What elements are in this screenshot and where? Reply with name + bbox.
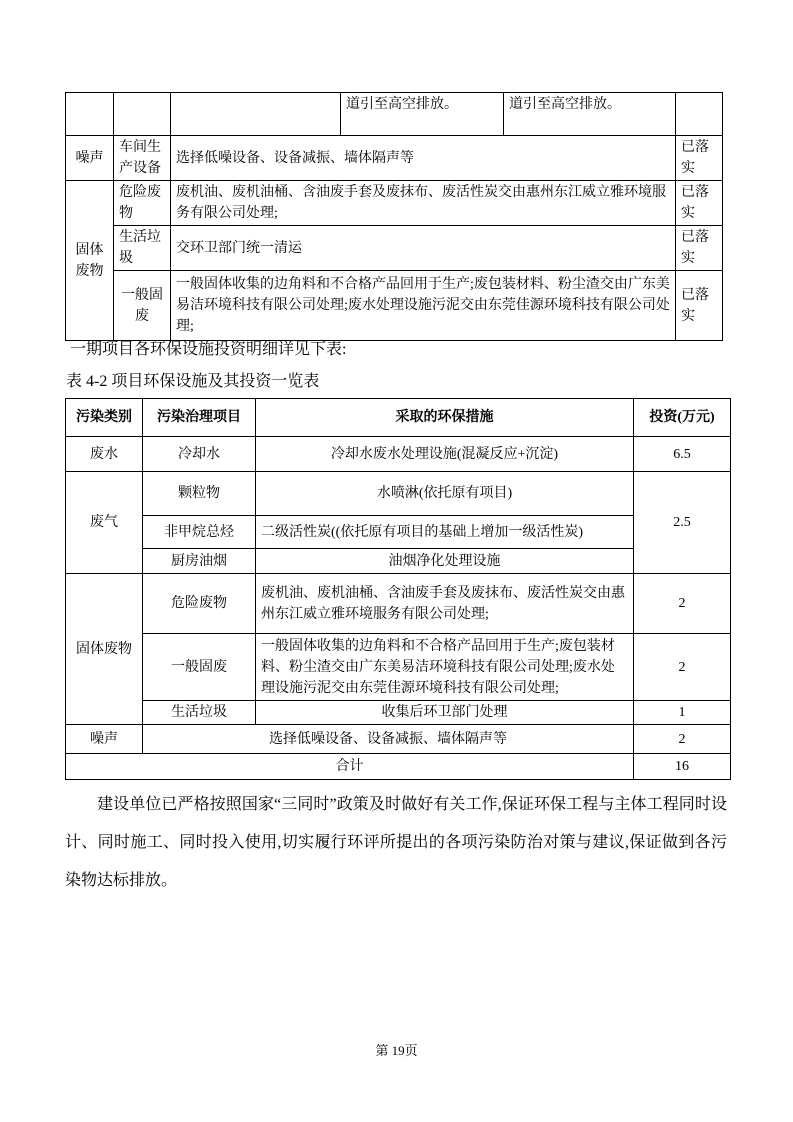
table-row: 固体废物 危险废物 废机油、废机油桶、含油废手套及废抹布、废活性炭交由惠州东江威… xyxy=(66,574,731,634)
table-row: 非甲烷总烃 二级活性炭((依托原有项目的基础上增加一级活性炭) xyxy=(66,516,731,549)
table-row: 一般固废 一般固体收集的边角料和不合格产品回用于生产;废包装材料、粉尘渣交由广东… xyxy=(66,634,731,701)
noise-item-cell: 车间生产设备 xyxy=(114,136,171,181)
blank-cell xyxy=(171,93,341,136)
hazardous-waste-measure-cell: 废机油、废机油桶、含油废手套及废抹布、废活性炭交由惠州东江威立雅环境服务有限公司… xyxy=(256,574,634,634)
total-label-cell: 合计 xyxy=(66,754,634,780)
total-investment-cell: 16 xyxy=(634,754,731,780)
wastewater-item-cell: 冷却水 xyxy=(143,437,256,472)
noise-investment-cell: 2 xyxy=(634,725,731,754)
kitchen-fume-item-cell: 厨房油烟 xyxy=(143,549,256,574)
table-row: 噪声 选择低噪设备、设备减振、墙体隔声等 2 xyxy=(66,725,731,754)
general-solid-investment-cell: 2 xyxy=(634,634,731,701)
noise-category-cell: 噪声 xyxy=(66,136,114,181)
header-pollution-category: 污染类别 xyxy=(66,399,143,437)
hazardous-waste-investment-cell: 2 xyxy=(634,574,731,634)
table-row: 一般固废 一般固体收集的边角料和不合格产品回用于生产;废包装材料、粉尘渣交由广东… xyxy=(66,271,723,341)
table-row: 固体废物 危险废物 废机油、废机油桶、含油废手套及废抹布、废活性炭交由惠州东江威… xyxy=(66,181,723,226)
waste-gas-investment-cell: 2.5 xyxy=(634,472,731,574)
table-row: 生活垃圾 收集后环卫部门处理 1 xyxy=(66,701,731,725)
table-row: 噪声 车间生产设备 选择低噪设备、设备减振、墙体隔声等 已落实 xyxy=(66,136,723,181)
waste-gas-category-cell: 废气 xyxy=(66,472,143,574)
hazardous-waste-item-cell: 危险废物 xyxy=(114,181,171,226)
table-row: 合计 16 xyxy=(66,754,731,780)
hazardous-waste-status-cell: 已落实 xyxy=(676,181,723,226)
particulate-measure-cell: 水喷淋(依托原有项目) xyxy=(256,472,634,516)
table-row: 生活垃圾 交环卫部门统一清运 已落实 xyxy=(66,226,723,271)
domestic-garbage-measure-cell: 交环卫部门统一清运 xyxy=(171,226,676,271)
hazardous-waste-measure-cell: 废机油、废机油桶、含油废手套及废抹布、废活性炭交由惠州东江威立雅环境服务有限公司… xyxy=(171,181,676,226)
general-solid-status-cell: 已落实 xyxy=(676,271,723,341)
solid-waste-category-cell: 固体废物 xyxy=(66,181,114,341)
duct-exhaust-cell-1: 道引至高空排放。 xyxy=(341,93,504,136)
nmhc-item-cell: 非甲烷总烃 xyxy=(143,516,256,549)
blank-cell xyxy=(114,93,171,136)
kitchen-fume-measure-cell: 油烟净化处理设施 xyxy=(256,549,634,574)
domestic-garbage-item-cell: 生活垃圾 xyxy=(143,701,256,725)
duct-exhaust-cell-2: 道引至高空排放。 xyxy=(504,93,676,136)
blank-status-cell xyxy=(676,93,723,136)
page-number: 第 19页 xyxy=(0,1040,793,1059)
domestic-garbage-status-cell: 已落实 xyxy=(676,226,723,271)
table-row: 废气 颗粒物 水喷淋(依托原有项目) 2.5 xyxy=(66,472,731,516)
table-header-row: 污染类别 污染治理项目 采取的环保措施 投资(万元) xyxy=(66,399,731,437)
table-row: 厨房油烟 油烟净化处理设施 xyxy=(66,549,731,574)
wastewater-category-cell: 废水 xyxy=(66,437,143,472)
domestic-garbage-item-cell: 生活垃圾 xyxy=(114,226,171,271)
table-row: 废水 冷却水 冷却水废水处理设施(混凝反应+沉淀) 6.5 xyxy=(66,437,731,472)
general-solid-measure-cell: 一般固体收集的边角料和不合格产品回用于生产;废包装材料、粉尘渣交由广东美易洁环境… xyxy=(171,271,676,341)
hazardous-waste-item-cell: 危险废物 xyxy=(143,574,256,634)
noise-measure-cell: 选择低噪设备、设备减振、墙体隔声等 xyxy=(171,136,676,181)
domestic-garbage-investment-cell: 1 xyxy=(634,701,731,725)
nmhc-measure-cell: 二级活性炭((依托原有项目的基础上增加一级活性炭) xyxy=(256,516,634,549)
general-solid-item-cell: 一般固废 xyxy=(114,271,171,341)
wastewater-measure-cell: 冷却水废水处理设施(混凝反应+沉淀) xyxy=(256,437,634,472)
particulate-item-cell: 颗粒物 xyxy=(143,472,256,516)
env-investment-table: 污染类别 污染治理项目 采取的环保措施 投资(万元) 废水 冷却水 冷却水废水处… xyxy=(65,398,731,780)
document-page: 道引至高空排放。 道引至高空排放。 噪声 车间生产设备 选择低噪设备、设备减振、… xyxy=(0,0,793,1122)
noise-category-cell: 噪声 xyxy=(66,725,143,754)
domestic-garbage-measure-cell: 收集后环卫部门处理 xyxy=(256,701,634,725)
table-row: 道引至高空排放。 道引至高空排放。 xyxy=(66,93,723,136)
general-solid-measure-cell: 一般固体收集的边角料和不合格产品回用于生产;废包装材料、粉尘渣交由广东美易洁环境… xyxy=(256,634,634,701)
header-measure: 采取的环保措施 xyxy=(256,399,634,437)
intro-paragraph: 一期项目各环保设施投资明细详见下表: xyxy=(70,340,346,360)
noise-status-cell: 已落实 xyxy=(676,136,723,181)
noise-measure-cell: 选择低噪设备、设备减振、墙体隔声等 xyxy=(143,725,634,754)
closing-paragraph: 建设单位已严格按照国家“三同时”政策及时做好有关工作,保证环保工程与主体工程同时… xyxy=(65,786,727,900)
header-investment: 投资(万元) xyxy=(634,399,731,437)
env-measures-implementation-table: 道引至高空排放。 道引至高空排放。 噪声 车间生产设备 选择低噪设备、设备减振、… xyxy=(65,92,723,341)
wastewater-investment-cell: 6.5 xyxy=(634,437,731,472)
header-treatment-item: 污染治理项目 xyxy=(143,399,256,437)
table-4-2-caption: 表 4-2 项目环保设施及其投资一览表 xyxy=(66,372,319,392)
general-solid-item-cell: 一般固废 xyxy=(143,634,256,701)
blank-cell xyxy=(66,93,114,136)
solid-waste-category-cell: 固体废物 xyxy=(66,574,143,725)
